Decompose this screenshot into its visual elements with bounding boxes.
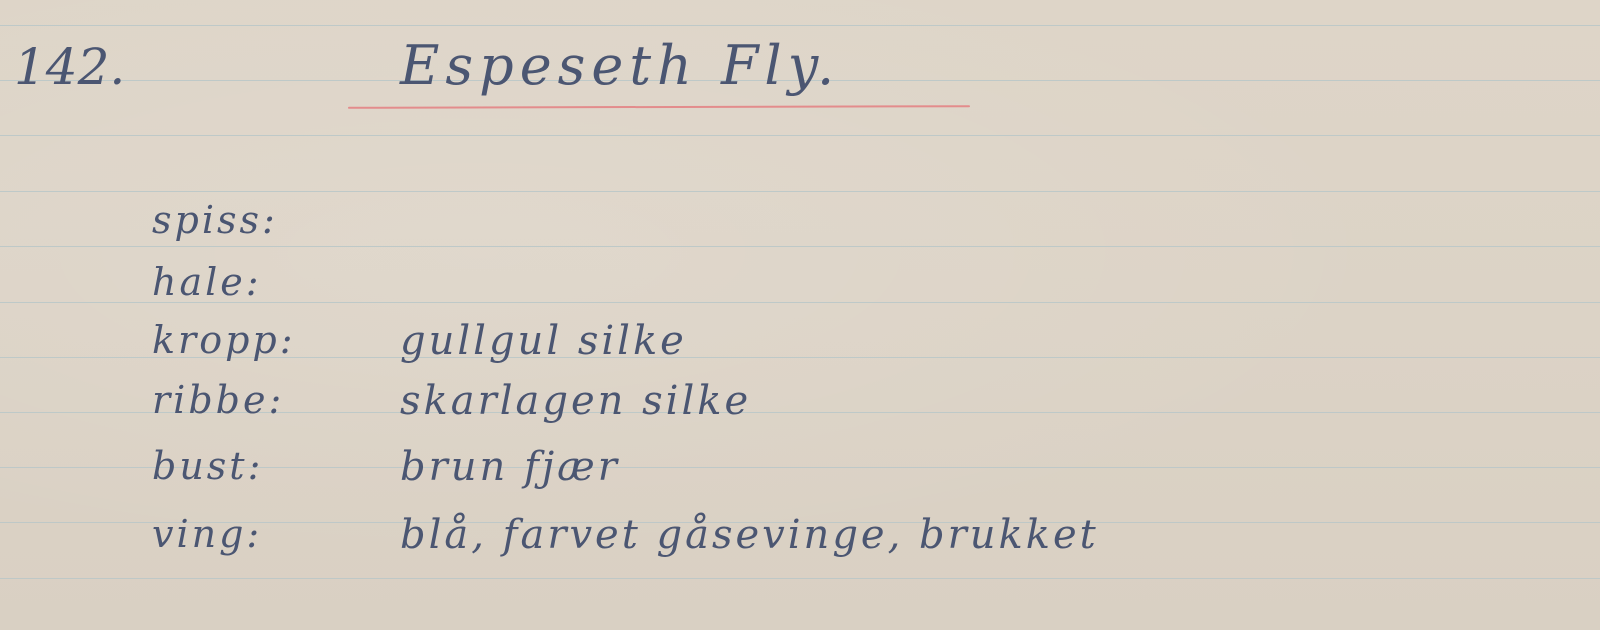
notebook-page: 142. Espeseth Fly. spiss: hale: kropp: g… [0, 0, 1600, 630]
field-label-hale: hale: [152, 260, 262, 304]
field-label-ving: ving: [152, 512, 262, 556]
title-underline [348, 105, 970, 109]
field-value-ribbe: skarlagen silke [400, 378, 751, 424]
ruling-line [0, 25, 1600, 26]
field-value-bust: brun fjær [400, 444, 620, 490]
field-value-ving: blå, farvet gåsevinge, brukket [400, 512, 1099, 558]
ruling-line [0, 191, 1600, 192]
entry-number: 142. [14, 38, 125, 96]
ruling-line [0, 578, 1600, 579]
field-value-kropp: gullgul silke [400, 318, 687, 364]
ruling-line [0, 246, 1600, 247]
field-label-spiss: spiss: [152, 198, 278, 242]
page-title: Espeseth Fly. [400, 34, 840, 97]
field-label-kropp: kropp: [152, 318, 296, 362]
ruling-line [0, 135, 1600, 136]
field-label-bust: bust: [152, 444, 263, 488]
field-label-ribbe: ribbe: [152, 378, 284, 422]
